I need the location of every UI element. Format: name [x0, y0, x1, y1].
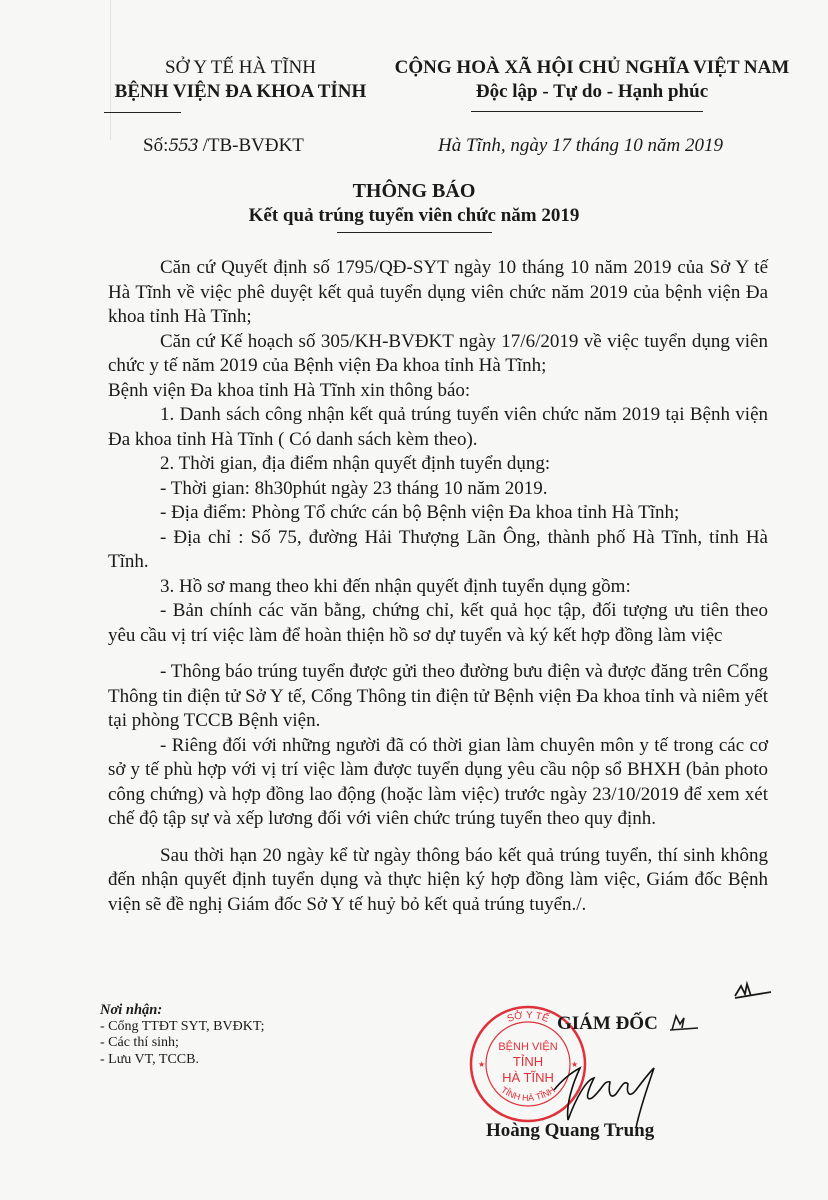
svg-text:★: ★ — [478, 1060, 485, 1069]
item-3-notification: - Thông báo trúng tuyển được gửi theo đư… — [108, 660, 768, 734]
legal-basis-1: Căn cứ Quyết định số 1795/QĐ-SYT ngày 10… — [108, 256, 768, 330]
seal-center-line2: TỈNH — [513, 1054, 543, 1069]
document-body: Căn cứ Quyết định số 1795/QĐ-SYT ngày 10… — [108, 256, 768, 917]
announcement-intro: Bệnh viện Đa khoa tỉnh Hà Tĩnh xin thông… — [108, 379, 768, 404]
legal-basis-2: Căn cứ Kế hoạch số 305/KH-BVĐKT ngày 17/… — [108, 330, 768, 379]
document-number-prefix: Số: — [143, 135, 168, 156]
item-2-address: - Địa chỉ : Số 75, đường Hải Thượng Lãn … — [108, 526, 768, 575]
item-3-experience: - Riêng đối với những người đã có thời g… — [108, 734, 768, 832]
document-number-handwritten: 553 — [168, 136, 197, 156]
national-heading: CỘNG HOÀ XÃ HỘI CHỦ NGHĨA VIỆT NAM Độc l… — [392, 56, 792, 104]
item-3: 3. Hồ sơ mang theo khi đến nhận quyết đị… — [108, 575, 768, 600]
header-underline-right — [471, 111, 703, 112]
closing-paragraph: Sau thời hạn 20 ngày kể từ ngày thông bá… — [108, 844, 768, 918]
paragraph-initials-icon — [733, 980, 773, 1002]
recipients-label: Nơi nhận: — [100, 1002, 265, 1019]
place-and-date: Hà Tĩnh, ngày 17 tháng 10 năm 2019 — [438, 135, 723, 157]
item-3-documents: - Bản chính các văn bằng, chứng chỉ, kết… — [108, 599, 768, 648]
document-title: THÔNG BÁO — [0, 180, 828, 203]
header-underline-left — [104, 112, 181, 113]
recipient-item: - Cổng TTĐT SYT, BVĐKT; — [100, 1019, 265, 1036]
signer-title: GIÁM ĐỐC — [557, 1013, 658, 1035]
seal-center-line3: HÀ TĨNH — [502, 1070, 554, 1085]
item-2-time: - Thời gian: 8h30phút ngày 23 tháng 10 n… — [108, 477, 768, 502]
signer-name: Hoàng Quang Trung — [486, 1120, 654, 1142]
recipient-item: - Các thí sinh; — [100, 1035, 265, 1052]
seal-center-line1: BỆNH VIỆN — [498, 1040, 557, 1053]
document-number: Số:553 /TB-BVĐKT — [143, 135, 304, 157]
item-2-place: - Địa điểm: Phòng Tổ chức cán bộ Bệnh vi… — [108, 501, 768, 526]
nation-name: CỘNG HOÀ XÃ HỘI CHỦ NGHĨA VIỆT NAM — [392, 56, 792, 80]
organization-name: BỆNH VIỆN ĐA KHOA TỈNH — [98, 80, 383, 104]
subtitle-underline — [337, 232, 492, 233]
recipients-block: Nơi nhận: - Cổng TTĐT SYT, BVĐKT; - Các … — [100, 1002, 265, 1068]
recipient-item: - Lưu VT, TCCB. — [100, 1052, 265, 1069]
agency-name: SỞ Y TẾ HÀ TĨNH — [98, 56, 383, 80]
document-subtitle: Kết quả trúng tuyển viên chức năm 2019 — [0, 205, 828, 227]
handwritten-signature-icon — [552, 1050, 672, 1130]
issuing-authority: SỞ Y TẾ HÀ TĨNH BỆNH VIỆN ĐA KHOA TỈNH — [98, 56, 383, 104]
national-motto: Độc lập - Tự do - Hạnh phúc — [392, 80, 792, 104]
document-number-suffix: /TB-BVĐKT — [198, 135, 304, 156]
initials-icon — [668, 1012, 700, 1034]
item-1: 1. Danh sách công nhận kết quả trúng tuy… — [108, 403, 768, 452]
item-2: 2. Thời gian, địa điểm nhận quyết định t… — [108, 452, 768, 477]
document-page: SỞ Y TẾ HÀ TĨNH BỆNH VIỆN ĐA KHOA TỈNH C… — [0, 0, 828, 1200]
